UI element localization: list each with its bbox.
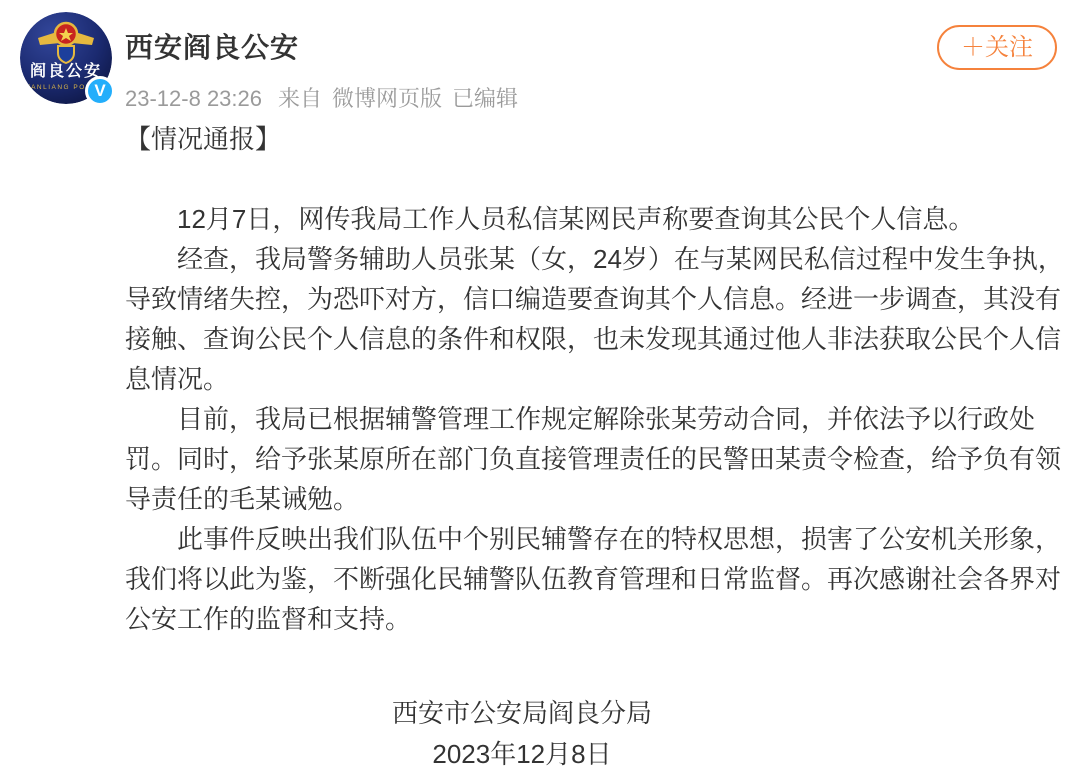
edited-label[interactable]: 已编辑 xyxy=(452,86,518,111)
avatar-text-cn: 阎良公安 xyxy=(30,61,102,80)
report-title: 【情况通报】 xyxy=(125,119,1064,159)
author-name[interactable]: 西安阎良公安 xyxy=(125,26,299,66)
follow-button[interactable]: ＋关注 xyxy=(937,25,1057,70)
post-header: 阎良公安 YANLIANG POLICE V 西安阎良公安 23-12-8 23… xyxy=(0,0,1080,104)
signature-org: 西安市公安局阎良分局 xyxy=(125,693,919,734)
post-paragraph-4: 此事件反映出我们队伍中个别民辅警存在的特权思想，损害了公安机关形象，我们将以此为… xyxy=(125,519,1064,639)
post-meta: 23-12-8 23:26来自微博网页版已编辑 xyxy=(125,82,518,113)
source-prefix: 来自 xyxy=(278,86,322,111)
weibo-post: 阎良公安 YANLIANG POLICE V 西安阎良公安 23-12-8 23… xyxy=(0,0,1080,781)
signature-date: 2023年12月8日 xyxy=(125,734,919,775)
signature-block: 西安市公安局阎良分局 2023年12月8日 xyxy=(125,693,1064,775)
post-paragraph-1: 12月7日，网传我局工作人员私信某网民声称要查询其公民个人信息。 xyxy=(125,199,1064,239)
post-paragraph-3: 目前，我局已根据辅警管理工作规定解除张某劳动合同，并依法予以行政处罚。同时，给予… xyxy=(125,399,1064,519)
post-paragraph-2: 经查，我局警务辅助人员张某（女，24岁）在与某网民私信过程中发生争执，导致情绪失… xyxy=(125,239,1064,399)
verified-badge-icon: V xyxy=(85,76,115,106)
avatar[interactable]: 阎良公安 YANLIANG POLICE V xyxy=(20,12,112,104)
post-time: 23-12-8 23:26 xyxy=(125,86,262,111)
source-link[interactable]: 微博网页版 xyxy=(332,86,442,111)
post-content: 【情况通报】 12月7日，网传我局工作人员私信某网民声称要查询其公民个人信息。 … xyxy=(0,104,1080,775)
